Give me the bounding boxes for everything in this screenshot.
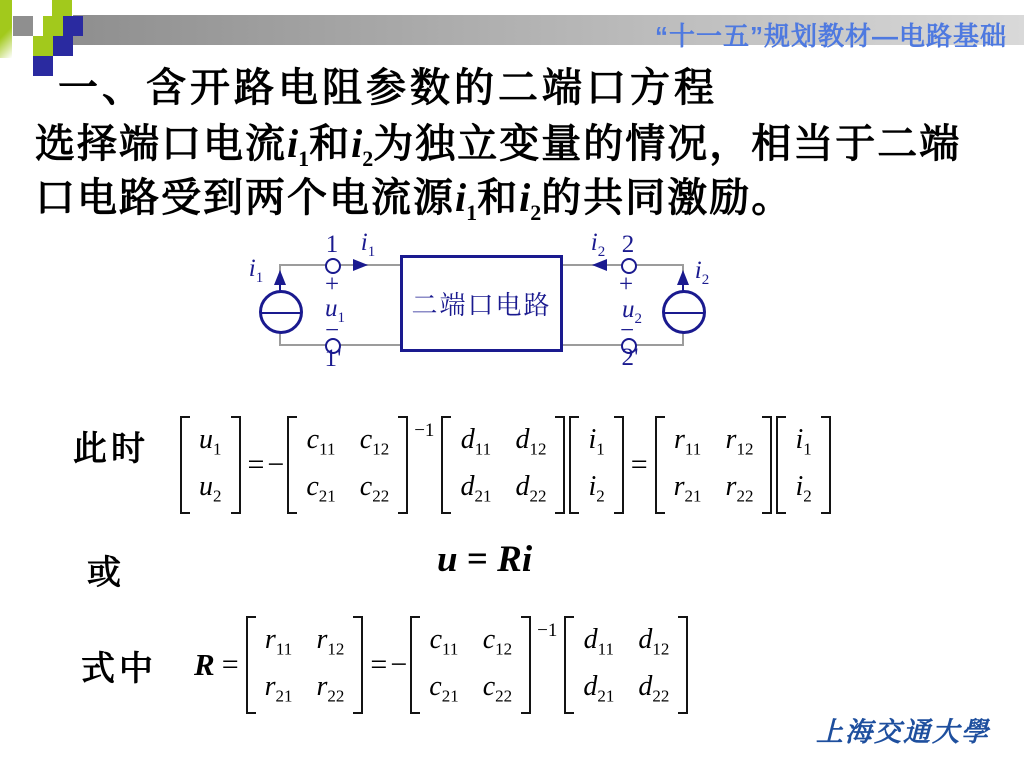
matrix-cell: c22 (483, 671, 512, 706)
equals-sign: = (248, 448, 265, 482)
matrix-cell: c12 (483, 624, 512, 659)
r-parameter-matrix: r11 r12 r21 r22 (655, 416, 773, 514)
matrix-bracket (231, 416, 241, 514)
i1-symbol: i1 (455, 175, 477, 220)
matrix-bracket (678, 616, 688, 714)
matrix-cell: u1 (199, 424, 222, 459)
matrix-cell: i1 (795, 424, 811, 459)
minus-sign: − (390, 648, 407, 682)
r-definition-equation: 式中 R = r11 r12 r21 r22 = − c11 c12 c21 c… (81, 616, 688, 714)
matrix-bracket (521, 616, 531, 714)
matrix-cell: r12 (726, 424, 754, 459)
matrix-bracket (569, 416, 579, 514)
matrix-bracket (564, 616, 574, 714)
matrix-cell: d22 (515, 471, 546, 506)
deco-square (43, 16, 63, 36)
current-arrow-left-icon (592, 259, 607, 271)
label-minus-1: − (325, 317, 339, 345)
matrix-cell: u2 (199, 471, 222, 506)
i2-symbol: i2 (519, 175, 541, 220)
label-plus-2: + (619, 271, 633, 299)
matrix-bracket (353, 616, 363, 714)
matrix-cell: i2 (795, 471, 811, 506)
matrix-cell: r22 (726, 471, 754, 506)
source-arrow-up-icon (274, 270, 286, 285)
matrix-cell: d22 (638, 671, 669, 706)
matrix-bracket (398, 416, 408, 514)
page-title: 一、含开路电阻参数的二端口方程 (58, 56, 718, 113)
i2-symbol: i2 (351, 121, 373, 166)
matrix-cell: d21 (583, 671, 614, 706)
c-parameter-matrix: c11 c12 c21 c22 (287, 416, 408, 514)
two-port-network-box: 二端口电路 (400, 255, 563, 352)
compact-equation: u = Ri (437, 538, 532, 581)
matrix-cell: r22 (317, 671, 345, 706)
i-vector-matrix: i1 i2 (569, 416, 623, 514)
label-terminal-2-prime: 2' (621, 344, 638, 372)
matrix-bracket (776, 416, 786, 514)
label-terminal-2: 2 (622, 231, 635, 259)
label-terminal-1: 1 (326, 231, 339, 259)
matrix-bracket (762, 416, 772, 514)
current-source-left (259, 290, 303, 334)
equals-sign: = (631, 448, 648, 482)
matrix-bracket (410, 616, 420, 714)
i1-symbol: i1 (287, 121, 309, 166)
deco-square (13, 16, 33, 36)
u-vector-matrix: u1 u2 (180, 416, 241, 514)
matrix-bracket (246, 616, 256, 714)
equation-label-now: 此时 (73, 416, 149, 470)
university-logo-text: 上海交通大學 (816, 710, 990, 749)
source-arrow-up-icon (677, 270, 689, 285)
matrix-cell: c21 (429, 671, 458, 706)
two-port-box-label: 二端口电路 (411, 285, 551, 322)
matrix-bracket (287, 416, 297, 514)
equation-label-or: 或 (87, 545, 121, 594)
label-i2-current: i2 (591, 229, 605, 261)
inverse-exponent: −1 (414, 420, 434, 442)
matrix-cell: i2 (588, 471, 604, 506)
equals-sign: = (370, 648, 387, 682)
matrix-bracket (555, 416, 565, 514)
body-line-1: 选择端口电流i1和i2为独立变量的情况，相当于二端 (35, 112, 961, 172)
deco-square (52, 0, 72, 16)
matrix-bracket (614, 416, 624, 514)
equation-label-where: 式中 (81, 641, 157, 690)
equals-sign: = (222, 648, 239, 682)
matrix-cell: d11 (584, 624, 614, 659)
matrix-cell: c21 (306, 471, 335, 506)
deco-square (53, 36, 73, 56)
matrix-cell: d12 (638, 624, 669, 659)
series-label: “十一五”规划教材—电路基础 (655, 16, 1007, 53)
minus-sign: − (267, 448, 284, 482)
r-parameter-matrix: r11 r12 r21 r22 (246, 616, 364, 714)
label-minus-2: − (620, 317, 634, 345)
label-i1-current: i1 (361, 229, 375, 261)
matrix-cell: c22 (360, 471, 389, 506)
label-i1-source: i1 (249, 255, 263, 287)
matrix-bracket (655, 416, 665, 514)
c-parameter-matrix: c11 c12 c21 c22 (410, 616, 531, 714)
body-line-2: 口电路受到两个电流源i1和i2的共同激励。 (35, 166, 793, 226)
deco-square (63, 16, 83, 36)
two-port-circuit-diagram: 二端口电路 i1 1 i1 + u1 − 1' i2 2 i2 + u2 − 2… (238, 233, 720, 383)
d-parameter-matrix: d11 d12 d21 d22 (441, 416, 565, 514)
matrix-cell: r11 (674, 424, 701, 459)
slide-canvas: “十一五”规划教材—电路基础 一、含开路电阻参数的二端口方程 选择端口电流i1和… (0, 0, 1024, 768)
matrix-cell: d21 (460, 471, 491, 506)
deco-square (33, 56, 53, 76)
matrix-cell: c11 (307, 424, 336, 459)
matrix-bracket (180, 416, 190, 514)
current-source-right (662, 290, 706, 334)
current-arrow-right-icon (353, 259, 368, 271)
matrix-cell: r21 (674, 471, 702, 506)
i-vector-matrix: i1 i2 (776, 416, 830, 514)
label-i2-source: i2 (695, 257, 709, 289)
matrix-equation: 此时 u1 u2 = − c11 c12 c21 c22 −1 d11 (73, 416, 831, 514)
label-terminal-1-prime: 1' (324, 345, 341, 373)
matrix-bracket (821, 416, 831, 514)
matrix-cell: d11 (461, 424, 491, 459)
matrix-cell: c11 (430, 624, 459, 659)
R-symbol: R (194, 647, 215, 683)
matrix-cell: r11 (265, 624, 292, 659)
matrix-bracket (441, 416, 451, 514)
matrix-cell: d12 (515, 424, 546, 459)
corner-lime-strip (0, 0, 12, 58)
matrix-cell: r21 (265, 671, 293, 706)
inverse-exponent: −1 (537, 620, 557, 642)
d-parameter-matrix: d11 d12 d21 d22 (564, 616, 688, 714)
deco-square (33, 36, 53, 56)
matrix-cell: i1 (588, 424, 604, 459)
matrix-cell: c12 (360, 424, 389, 459)
matrix-cell: r12 (317, 624, 345, 659)
